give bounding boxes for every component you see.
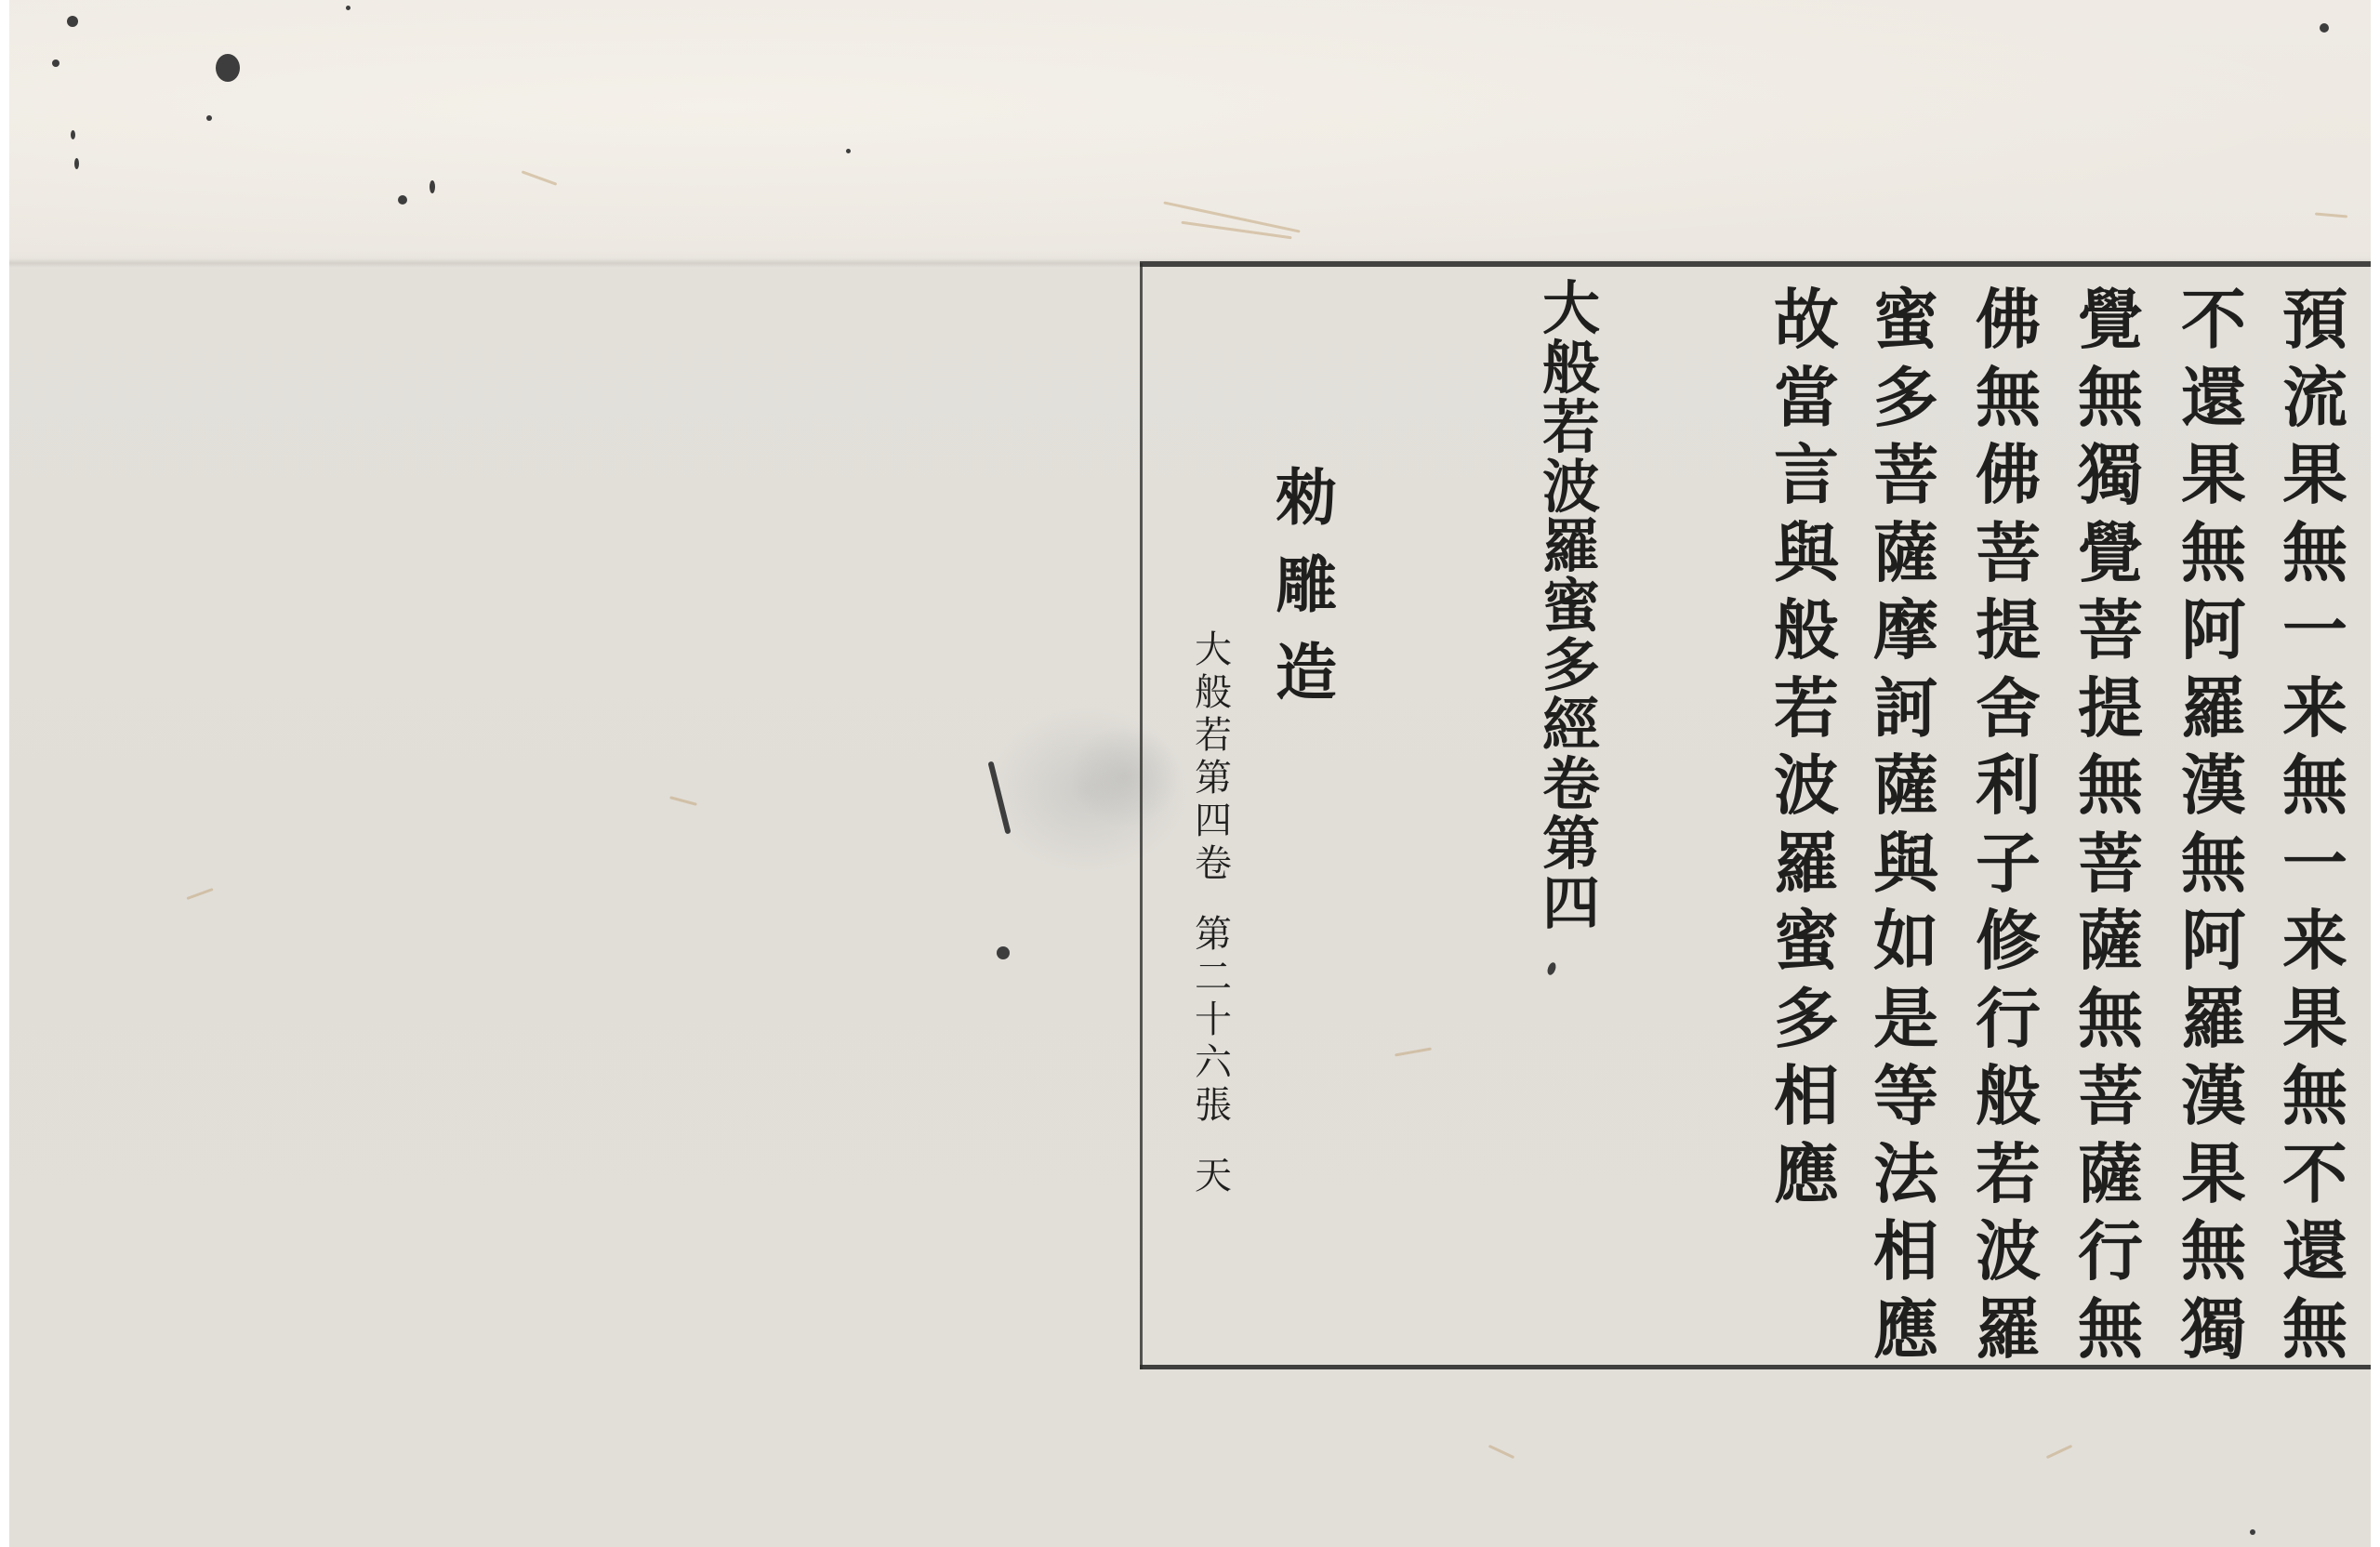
character: 般	[1774, 591, 1839, 669]
character: 多	[1774, 980, 1839, 1058]
ink-speck	[67, 16, 78, 27]
character: 言	[1774, 436, 1839, 514]
title-character: 卷	[1542, 755, 1600, 814]
character: 獨	[2078, 436, 2143, 514]
character: 無	[2282, 1057, 2347, 1135]
text-column-1: 預 流 果 無 一 来 無 一 来 果 無 不 還 無	[2270, 281, 2360, 1368]
character: 無	[2078, 980, 2143, 1058]
edict-character: 勑	[1276, 454, 1337, 541]
character: 果	[2181, 436, 2246, 514]
character: 薩	[2078, 1135, 2143, 1213]
character: 無	[2282, 747, 2347, 825]
character: 来	[2282, 669, 2347, 747]
character: 覺	[2078, 281, 2143, 359]
sheet-number-character: 十	[1195, 998, 1232, 1041]
colophon-character: 般	[1195, 671, 1232, 714]
character: 蜜	[1873, 281, 1938, 359]
character: 舍	[1976, 669, 2041, 747]
character: 無	[2078, 1290, 2143, 1368]
character: 果	[2282, 980, 2347, 1058]
character: 菩	[2078, 591, 2143, 669]
character: 漢	[2181, 747, 2246, 825]
title-character: 波	[1542, 457, 1600, 517]
character: 阿	[2181, 902, 2246, 980]
character: 摩	[1873, 591, 1938, 669]
ink-speck	[997, 946, 1010, 959]
text-column-2: 不 還 果 無 阿 羅 漢 無 阿 羅 漢 果 無 獨	[2169, 281, 2258, 1368]
character: 来	[2282, 902, 2347, 980]
ink-speck	[74, 158, 79, 169]
character: 若	[1976, 1135, 2041, 1213]
character: 獨	[2181, 1290, 2246, 1368]
character: 流	[2282, 359, 2347, 437]
edict-character: 雕	[1276, 541, 1337, 628]
edict-character: 造	[1276, 628, 1337, 716]
character: 羅	[1976, 1290, 2041, 1368]
character: 阿	[2181, 591, 2246, 669]
character: 應	[1774, 1135, 1839, 1213]
colophon-character: 卷	[1195, 842, 1232, 885]
character: 般	[1976, 1057, 2041, 1135]
character: 提	[2078, 669, 2143, 747]
character: 等	[1873, 1057, 1938, 1135]
sheet-number-character: 六	[1195, 1041, 1232, 1084]
colophon-character: 第	[1195, 757, 1232, 800]
character: 蜜	[1774, 902, 1839, 980]
character: 利	[1976, 747, 2041, 825]
character: 覺	[2078, 514, 2143, 592]
character: 羅	[2181, 669, 2246, 747]
character: 多	[1873, 359, 1938, 437]
character: 無	[1976, 359, 2041, 437]
text-column-3: 覺 無 獨 覺 菩 提 無 菩 薩 無 菩 薩 行 無	[2066, 281, 2155, 1368]
colophon-column: 大 般 若 第 四 卷 第 二 十 六 張 天	[1185, 628, 1241, 1197]
character: 佛	[1976, 281, 2041, 359]
character: 菩	[1976, 514, 2041, 592]
character: 不	[2282, 1135, 2347, 1213]
colophon-character: 若	[1195, 714, 1232, 757]
character: 法	[1873, 1135, 1938, 1213]
printed-frame-left-rule	[1140, 263, 1143, 1369]
character: 無	[2078, 747, 2143, 825]
character: 佛	[1976, 436, 2041, 514]
character: 與	[1774, 514, 1839, 592]
character: 故	[1774, 281, 1839, 359]
title-character: 若	[1542, 398, 1600, 457]
ink-speck	[846, 149, 851, 153]
character: 還	[2282, 1212, 2347, 1290]
character: 菩	[2078, 1057, 2143, 1135]
character: 還	[2181, 359, 2246, 437]
character: 相	[1774, 1057, 1839, 1135]
paper-upper-band	[9, 0, 2371, 265]
character: 無	[2181, 514, 2246, 592]
character: 是	[1873, 980, 1938, 1058]
character: 波	[1774, 747, 1839, 825]
character: 菩	[2078, 825, 2143, 903]
character: 預	[2282, 281, 2347, 359]
character: 無	[2282, 1290, 2347, 1368]
character: 菩	[1873, 436, 1938, 514]
character: 無	[2078, 359, 2143, 437]
ink-speck	[430, 180, 435, 193]
character: 薩	[1873, 747, 1938, 825]
title-character: 大	[1542, 279, 1600, 338]
colophon-character: 大	[1195, 628, 1232, 671]
colophon-character: 四	[1195, 800, 1232, 842]
character: 當	[1774, 359, 1839, 437]
character: 提	[1976, 591, 2041, 669]
character: 子	[1976, 825, 2041, 903]
character: 與	[1873, 825, 1938, 903]
character: 波	[1976, 1212, 2041, 1290]
sheet-number-character: 二	[1195, 956, 1232, 998]
water-stain	[1069, 725, 1181, 827]
character: 不	[2181, 281, 2246, 359]
title-character: 般	[1542, 338, 1600, 398]
character: 一	[2282, 825, 2347, 903]
title-character: 多	[1542, 636, 1600, 695]
character: 羅	[1774, 825, 1839, 903]
ink-speck	[398, 195, 407, 205]
title-character: 經	[1542, 695, 1600, 755]
ink-speck	[2320, 23, 2329, 33]
edict-carving-column: 勑 雕 造	[1264, 454, 1348, 716]
ink-speck	[206, 115, 212, 121]
character: 漢	[2181, 1057, 2246, 1135]
character: 羅	[2181, 980, 2246, 1058]
sheet-number-character: 張	[1195, 1084, 1232, 1127]
ink-speck	[216, 54, 240, 82]
text-column-4: 佛 無 佛 菩 提 舍 利 子 修 行 般 若 波 羅	[1963, 281, 2053, 1368]
character: 訶	[1873, 669, 1938, 747]
text-column-6: 故 當 言 與 般 若 波 羅 蜜 多 相 應	[1762, 281, 1851, 1212]
ink-speck	[71, 130, 75, 139]
case-mark-character: 天	[1195, 1155, 1232, 1197]
character: 果	[2282, 436, 2347, 514]
title-character: 四	[1542, 874, 1600, 933]
ink-speck	[346, 6, 350, 10]
character: 如	[1873, 902, 1938, 980]
character: 果	[2181, 1135, 2246, 1213]
character: 修	[1976, 902, 2041, 980]
character: 一	[2282, 591, 2347, 669]
character: 行	[2078, 1212, 2143, 1290]
printed-frame-top-rule	[1140, 261, 2371, 267]
character: 無	[2181, 825, 2246, 903]
ink-speck	[2250, 1529, 2255, 1535]
text-column-5: 蜜 多 菩 薩 摩 訶 薩 與 如 是 等 法 相 應	[1861, 281, 1950, 1368]
ink-speck	[52, 59, 59, 67]
character: 薩	[2078, 902, 2143, 980]
character: 若	[1774, 669, 1839, 747]
character: 薩	[1873, 514, 1938, 592]
sheet-number-character: 第	[1195, 913, 1232, 956]
character: 應	[1873, 1290, 1938, 1368]
character: 無	[2282, 514, 2347, 592]
character: 無	[2181, 1212, 2246, 1290]
title-character: 第	[1542, 814, 1600, 874]
sutra-title-column: 大 般 若 波 羅 蜜 多 經 卷 第 四	[1534, 279, 1608, 933]
title-character: 蜜	[1542, 576, 1600, 636]
title-character: 羅	[1542, 517, 1600, 576]
character: 行	[1976, 980, 2041, 1058]
character: 相	[1873, 1212, 1938, 1290]
